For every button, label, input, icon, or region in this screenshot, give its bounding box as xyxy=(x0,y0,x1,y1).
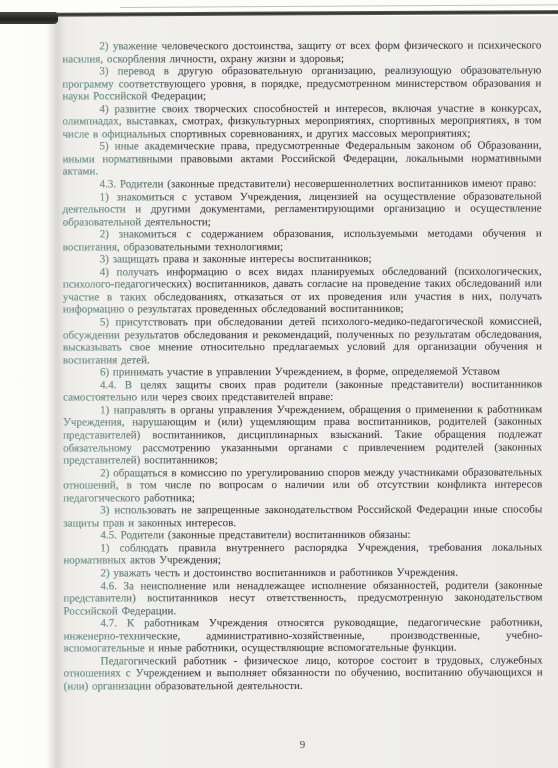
page-number: 9 xyxy=(63,739,542,751)
document-paragraph: 2) знакомиться с содержанием образования… xyxy=(63,228,542,254)
document-body: 2) уважение человеческого достоинства, з… xyxy=(62,39,542,692)
document-paragraph: 2) обращаться в комиссию по урегулирован… xyxy=(63,466,542,505)
document-paragraph: 4.6. За неисполнение или ненадлежащее ис… xyxy=(63,579,542,618)
document-paragraph: 4.7. К работникам Учреждения относятся р… xyxy=(64,617,543,656)
document-paragraph: 4.4. В целях защиты своих прав родители … xyxy=(63,378,542,404)
document-paragraph: 6) принимать участие в управлении Учрежд… xyxy=(63,366,542,380)
document-paragraph: 4.3. Родители (законные представители) н… xyxy=(63,178,542,192)
document-paragraph: 4.5. Родители (законные представители) в… xyxy=(63,529,542,543)
document-paragraph: 5) иные академические права, предусмотре… xyxy=(63,140,542,179)
document-paragraph: 5) присутствовать при обследовании детей… xyxy=(63,316,542,367)
document-paragraph: Педагогический работник - физическое лиц… xyxy=(64,654,543,693)
document-paragraph: 2) уважать честь и достоинство воспитанн… xyxy=(63,566,542,580)
document-paragraph: 3) перевод в другую образовательную орга… xyxy=(62,65,541,104)
document-paragraph: 1) знакомиться с уставом Учреждения, лиц… xyxy=(63,190,542,229)
document-paragraph: 2) уважение человеческого достоинства, з… xyxy=(62,39,541,65)
scanned-document-photo: 2) уважение человеческого достоинства, з… xyxy=(0,0,558,768)
document-paragraph: 3) защищать права и законные интересы во… xyxy=(63,253,542,267)
document-paragraph: 1) направлять в органы управления Учрежд… xyxy=(63,403,542,467)
document-paragraph: 4) развитие своих творческих способносте… xyxy=(62,102,541,141)
scan-edge-corner-shadow xyxy=(0,12,58,24)
document-paragraph: 4) получать информацию о всех видах план… xyxy=(63,265,542,316)
document-paragraph: 3) использовать не запрещенные законодат… xyxy=(63,504,542,530)
document-paragraph: 1) соблюдать правила внутреннего распоря… xyxy=(63,541,542,567)
scan-lid-hairline xyxy=(120,4,558,8)
